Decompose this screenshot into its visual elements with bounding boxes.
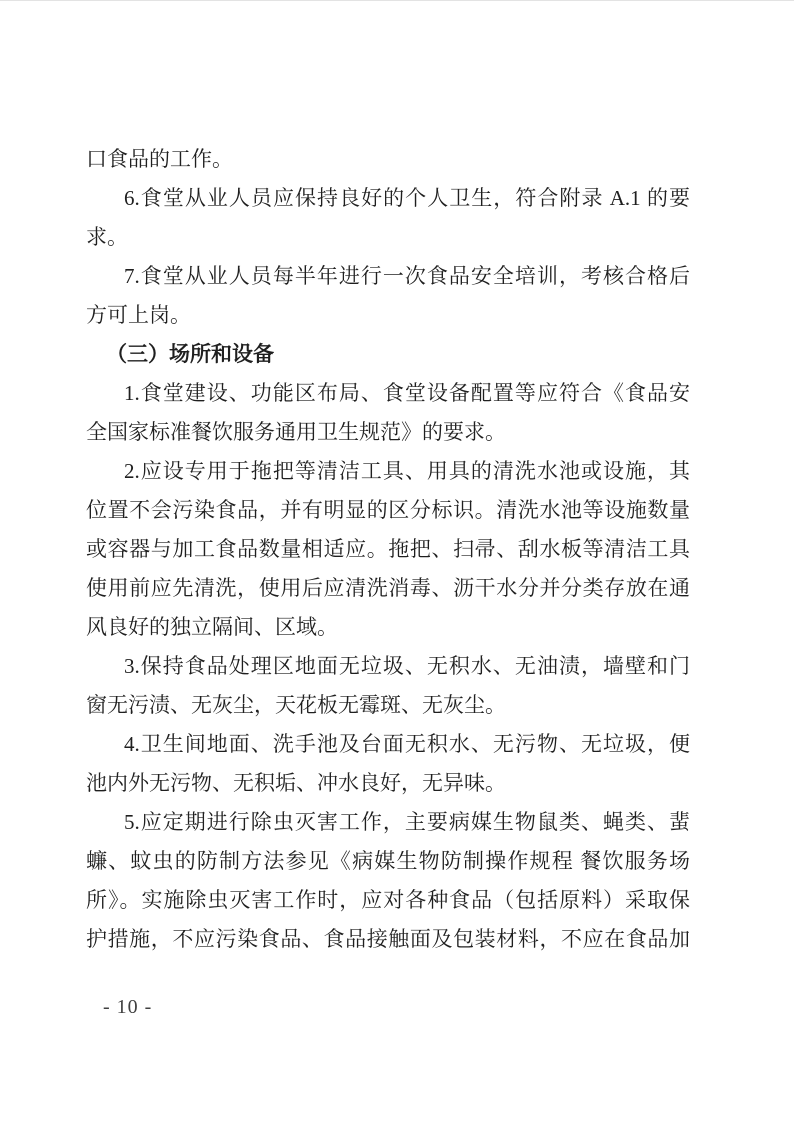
text-line: 位置不会污染食品，并有明显的区分标识。清洗水池等设施数量	[86, 491, 690, 530]
body-paragraph: 7.食堂从业人员每半年进行一次食品安全培训，考核合格后方可上岗。	[86, 257, 690, 335]
text-line: 2.应设专用于拖把等清洁工具、用具的清洗水池或设施，其	[86, 452, 690, 491]
body-paragraph: 口食品的工作。	[86, 140, 690, 179]
text-line: 护措施，不应污染食品、食品接触面及包装材料，不应在食品加	[86, 920, 690, 959]
text-line: 方可上岗。	[86, 296, 690, 335]
body-paragraph: 1.食堂建设、功能区布局、食堂设备配置等应符合《食品安全国家标准餐饮服务通用卫生…	[86, 374, 690, 452]
page-number: - 10 -	[103, 996, 152, 1018]
text-line: 池内外无污物、无积垢、冲水良好，无异味。	[86, 764, 690, 803]
text-line: 4.卫生间地面、洗手池及台面无积水、无污物、无垃圾，便	[86, 725, 690, 764]
text-line: 蠊、蚊虫的防制方法参见《病媒生物防制操作规程 餐饮服务场	[86, 842, 690, 881]
text-line: 口食品的工作。	[86, 140, 690, 179]
text-line: 全国家标准餐饮服务通用卫生规范》的要求。	[86, 413, 690, 452]
document-body: 口食品的工作。6.食堂从业人员应保持良好的个人卫生，符合附录 A.1 的要求。7…	[86, 140, 690, 959]
text-line: 6.食堂从业人员应保持良好的个人卫生，符合附录 A.1 的要	[86, 179, 690, 218]
body-paragraph: 6.食堂从业人员应保持良好的个人卫生，符合附录 A.1 的要求。	[86, 179, 690, 257]
text-line: 所》。实施除虫灭害工作时，应对各种食品（包括原料）采取保	[86, 881, 690, 920]
document-page: 口食品的工作。6.食堂从业人员应保持良好的个人卫生，符合附录 A.1 的要求。7…	[0, 0, 794, 1124]
body-paragraph: 4.卫生间地面、洗手池及台面无积水、无污物、无垃圾，便池内外无污物、无积垢、冲水…	[86, 725, 690, 803]
text-line: 求。	[86, 218, 690, 257]
text-line: 风良好的独立隔间、区域。	[86, 608, 690, 647]
body-paragraph: 5.应定期进行除虫灭害工作，主要病媒生物鼠类、蝇类、蜚蠊、蚊虫的防制方法参见《病…	[86, 803, 690, 959]
body-paragraph: 3.保持食品处理区地面无垃圾、无积水、无油渍，墙壁和门窗无污渍、无灰尘，天花板无…	[86, 647, 690, 725]
text-line: 5.应定期进行除虫灭害工作，主要病媒生物鼠类、蝇类、蜚	[86, 803, 690, 842]
text-line: 1.食堂建设、功能区布局、食堂设备配置等应符合《食品安	[86, 374, 690, 413]
text-line: 3.保持食品处理区地面无垃圾、无积水、无油渍，墙壁和门	[86, 647, 690, 686]
body-paragraph: 2.应设专用于拖把等清洁工具、用具的清洗水池或设施，其位置不会污染食品，并有明显…	[86, 452, 690, 647]
text-line: 使用前应先清洗，使用后应清洗消毒、沥干水分并分类存放在通	[86, 569, 690, 608]
text-line: 或容器与加工食品数量相适应。拖把、扫帚、刮水板等清洁工具	[86, 530, 690, 569]
text-line: （三）场所和设备	[86, 335, 690, 374]
text-line: 窗无污渍、无灰尘，天花板无霉斑、无灰尘。	[86, 686, 690, 725]
text-line: 7.食堂从业人员每半年进行一次食品安全培训，考核合格后	[86, 257, 690, 296]
section-heading: （三）场所和设备	[86, 335, 690, 374]
